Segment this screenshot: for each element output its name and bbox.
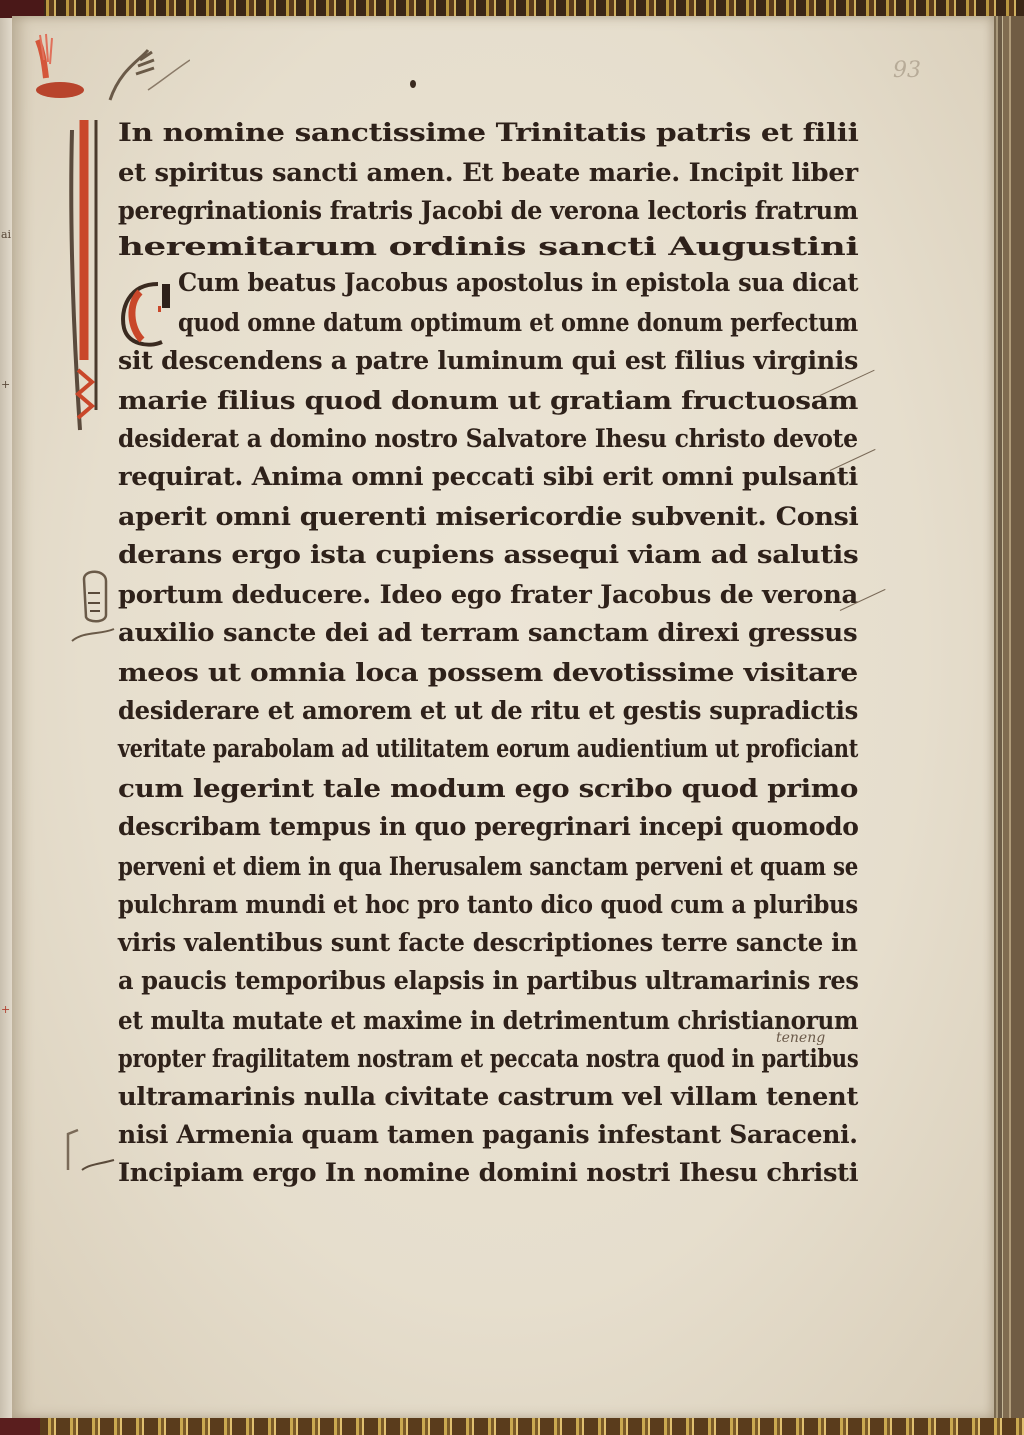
marginal-face-drawing-icon <box>70 565 120 645</box>
body-line: ultramarinis nulla civitate castrum vel … <box>118 1082 858 1111</box>
decorated-initial-C-icon <box>118 280 178 350</box>
body-line: auxilio sancte dei ad terram sanctam dir… <box>118 618 857 647</box>
body-line: quod omne datum optimum et omne donum pe… <box>178 308 858 337</box>
incipit-line: In nomine sanctissime Trinitatis patris … <box>118 118 859 147</box>
body-line: aperit omni querenti misericordie subven… <box>118 502 858 531</box>
facing-page-mark: + <box>1 378 10 391</box>
incipit-line: heremitarum ordinis sancti Augustini <box>118 232 858 261</box>
body-line: Cum beatus Jacobus apostolus in epistola… <box>178 268 858 297</box>
body-line: veritate parabolam ad utilitatem eorum a… <box>118 734 858 763</box>
body-line: desiderat a domino nostro Salvatore Ihes… <box>118 424 858 453</box>
body-line: desiderare et amorem et ut de ritu et ge… <box>118 696 858 725</box>
body-line: propter fragilitatem nostram et peccata … <box>118 1044 858 1073</box>
body-line: nisi Armenia quam tamen paganis infestan… <box>118 1120 858 1149</box>
body-line: viris valentibus sunt facte descriptione… <box>118 928 858 957</box>
book-bottom-edge-gilt <box>0 1418 1024 1435</box>
body-line: derans ergo ista cupiens assequi viam ad… <box>118 540 858 569</box>
ink-spot <box>410 80 416 88</box>
incipit-line: peregrinationis fratris Jacobi de verona… <box>118 196 858 225</box>
page-block-fore-edge <box>993 16 1024 1418</box>
marginal-gloss: teneng <box>776 1030 825 1046</box>
body-line: sit descendens a patre luminum qui est f… <box>118 346 858 375</box>
body-line: Incipiam ergo In nomine domini nostri Ih… <box>118 1158 858 1187</box>
facing-page-mark: + <box>1 1003 10 1016</box>
body-line: requirat. Anima omni peccati sibi erit o… <box>118 462 858 491</box>
paragraph-bracket-icon <box>60 1120 120 1180</box>
red-tufted-finial-icon <box>30 30 190 110</box>
body-line: a paucis temporibus elapsis in partibus … <box>118 966 859 995</box>
decorated-initial-I-icon <box>68 110 104 440</box>
body-line: et multa mutate et maxime in detrimentum… <box>118 1006 858 1035</box>
facing-page-mark: ai <box>1 228 11 241</box>
body-line: marie filius quod donum ut gratiam fruct… <box>118 386 858 415</box>
incipit-line: et spiritus sancti amen. Et beate marie.… <box>118 158 858 187</box>
body-line: pulchram mundi et hoc pro tanto dico quo… <box>118 890 858 919</box>
body-line: portum deducere. Ideo ego frater Jacobus… <box>118 580 858 609</box>
body-line: meos ut omnia loca possem devotissime vi… <box>118 658 858 687</box>
folio-number: 93 <box>893 58 921 83</box>
body-line: cum legerint tale modum ego scribo quod … <box>118 774 858 803</box>
body-line: describam tempus in quo peregrinari ince… <box>118 812 859 841</box>
body-line: perveni et diem in qua Iherusalem sancta… <box>118 852 858 881</box>
